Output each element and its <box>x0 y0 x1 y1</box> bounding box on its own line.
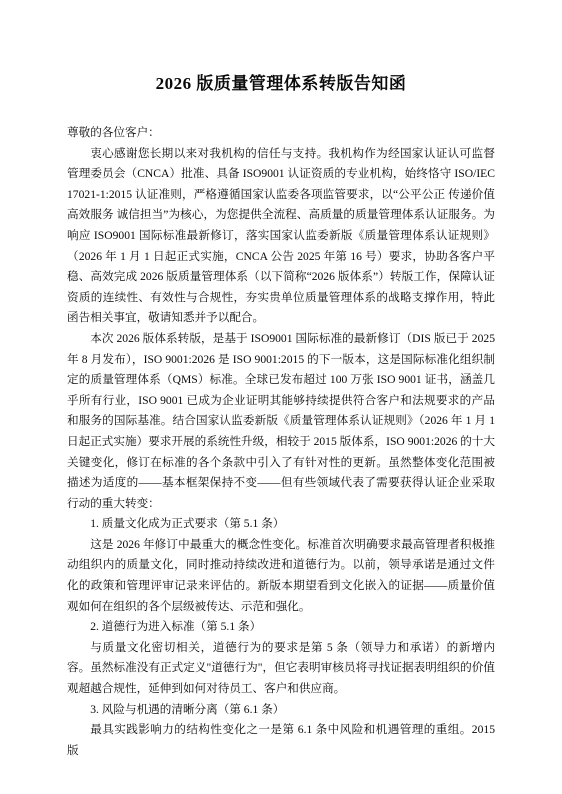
document-title: 2026 版质量管理体系转版告知函 <box>67 71 495 97</box>
paragraph-section-1: 这是 2026 年修订中最重大的概念性变化。标准首次明确要求最高管理者积极推动组… <box>67 535 495 617</box>
greeting-line: 尊敬的各位客户： <box>67 123 495 144</box>
section-heading-3: 3. 风险与机遇的清晰分离（第 6.1 条） <box>67 700 495 721</box>
paragraph-intro: 衷心感谢您长期以来对我机构的信任与支持。我机构作为经国家认证认可监督管理委员会（… <box>67 144 495 329</box>
paragraph-section-2: 与质量文化密切相关，道德行为的要求是第 5 条（领导力和承诺）的新增内容。虽然标… <box>67 638 495 700</box>
section-heading-2: 2. 道德行为进入标准（第 5.1 条） <box>67 617 495 638</box>
document-page: 2026 版质量管理体系转版告知函 尊敬的各位客户： 衷心感谢您长期以来对我机构… <box>0 0 562 794</box>
section-heading-1: 1. 质量文化成为正式要求（第 5.1 条） <box>67 514 495 535</box>
paragraph-section-3: 最具实践影响力的结构性变化之一是第 6.1 条中风险和机遇管理的重组。2015 … <box>67 720 495 761</box>
paragraph-background: 本次 2026 版体系转版，是基于 ISO9001 国际标准的最新修订（DIS … <box>67 329 495 514</box>
